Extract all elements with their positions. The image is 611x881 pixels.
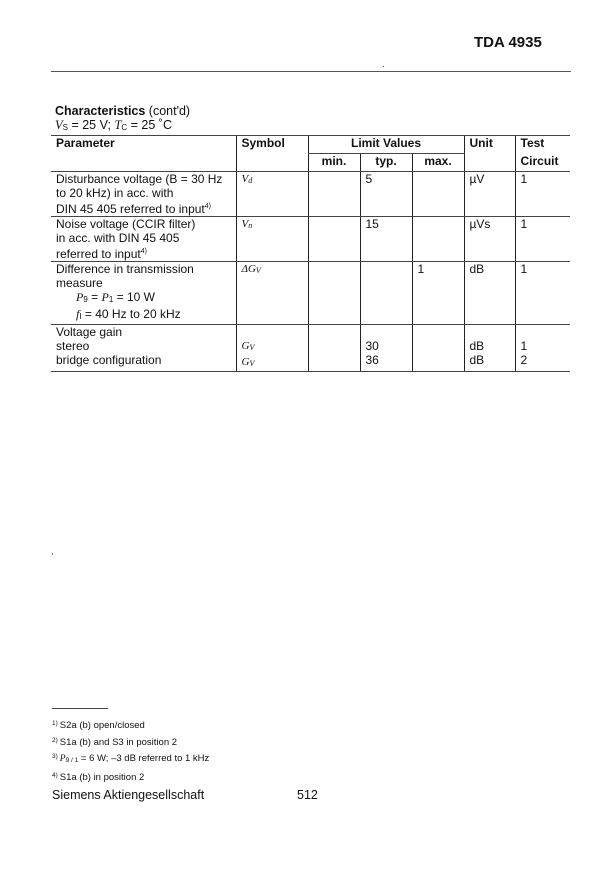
typ-cell: 5: [360, 172, 412, 217]
footnote-text: S2a (b) open/closed: [60, 720, 145, 731]
footnote-ref: 4): [205, 203, 211, 210]
header-limit-values: Limit Values: [308, 136, 464, 154]
symbol: ΔG: [242, 263, 256, 275]
header-rule: [51, 71, 571, 72]
section-title: Characteristics (cont'd): [55, 104, 190, 118]
characteristics-table: Parameter Symbol Limit Values Unit Test …: [51, 135, 570, 372]
footnote-text: S1a (b) and S3 in position 2: [60, 737, 177, 748]
symbol-sub: d: [248, 176, 252, 185]
min-cell: [308, 325, 360, 372]
scan-speck: [52, 553, 53, 555]
document-id: TDA 4935: [474, 34, 542, 51]
vs-symbol: V: [55, 118, 63, 132]
footnote-1: 1)S2a (b) open/closed: [52, 717, 209, 734]
symbol-sub: V: [249, 343, 254, 352]
test-value: 2: [521, 353, 528, 367]
symbol-cell: Vd: [236, 172, 308, 217]
test-cell: 1: [515, 172, 570, 217]
min-cell: [308, 262, 360, 325]
typ-value: 30: [366, 339, 379, 353]
frequency-value: = 40 Hz to 20 kHz: [82, 307, 181, 321]
table-row: Difference in transmission measure P9 = …: [51, 262, 570, 325]
footnote-2: 2)S1a (b) and S3 in position 2: [52, 734, 209, 751]
unit-cell: µV: [464, 172, 515, 217]
param-line: DIN 45 405 referred to input: [56, 202, 205, 216]
footer-company: Siemens Aktiengesellschaft: [52, 788, 204, 802]
header-typ: typ.: [360, 154, 412, 172]
param-line: Disturbance voltage (B = 30 Hz: [56, 172, 222, 186]
typ-cell: [360, 262, 412, 325]
test-cell: 1: [515, 262, 570, 325]
header-circuit: Circuit: [515, 154, 570, 172]
param-line: Difference in transmission: [56, 262, 194, 276]
header-unit: Unit: [464, 136, 515, 154]
unit-value: dB: [470, 339, 485, 353]
header-parameter: Parameter: [51, 136, 236, 154]
header-test: Test: [515, 136, 570, 154]
typ-cell: 15: [360, 217, 412, 262]
test-cell: 1: [515, 217, 570, 262]
unit-cell: µVs: [464, 217, 515, 262]
footnote-rule: [52, 708, 108, 709]
footnote-text: S1a (b) in position 2: [60, 772, 145, 783]
param-line: Noise voltage (CCIR filter): [56, 217, 195, 231]
scan-speck: [383, 66, 384, 67]
page-number: 512: [297, 788, 318, 802]
unit-value: dB: [470, 353, 485, 367]
footnote-text: = 6 W; –3 dB referred to 1 kHz: [78, 753, 209, 764]
footnote-mark: 1): [52, 720, 58, 727]
param-line: stereo: [56, 339, 89, 353]
footnotes: 1)S2a (b) open/closed 2)S1a (b) and S3 i…: [52, 717, 209, 785]
footnote-mark: 2): [52, 737, 58, 744]
symbol-sub: V: [249, 359, 254, 368]
table-row: Disturbance voltage (B = 30 Hz to 20 kHz…: [51, 172, 570, 217]
max-cell: [412, 172, 464, 217]
param-line: Voltage gain: [56, 325, 122, 339]
footnote-mark: 3): [52, 753, 58, 760]
param-condition-power: P9 = P1 = 10 W: [56, 290, 236, 307]
symbol-cell: ΔGV: [236, 262, 308, 325]
vs-value: = 25 V;: [68, 118, 114, 132]
param-cell: Voltage gain stereo bridge configuration: [51, 325, 236, 372]
test-value: 1: [521, 339, 528, 353]
param-condition-frequency: fI = 40 Hz to 20 kHz: [56, 307, 236, 324]
min-cell: [308, 172, 360, 217]
footnote-4: 4)S1a (b) in position 2: [52, 769, 209, 786]
header-symbol: Symbol: [236, 136, 308, 154]
param-line: measure: [56, 276, 103, 290]
equals: =: [88, 290, 102, 304]
test-cell: 12: [515, 325, 570, 372]
typ-cell: 3036: [360, 325, 412, 372]
param-line: to 20 kHz) in acc. with: [56, 186, 173, 200]
tc-value: = 25 ˚C: [127, 118, 172, 132]
min-cell: [308, 217, 360, 262]
param-line: referred to input: [56, 247, 141, 261]
test-conditions: VS = 25 V; TC = 25 ˚C: [55, 118, 172, 133]
typ-value: 36: [366, 353, 379, 367]
table-row: Noise voltage (CCIR filter) in acc. with…: [51, 217, 570, 262]
footnote-mark: 4): [52, 772, 58, 779]
param-line: bridge configuration: [56, 353, 161, 367]
max-cell: [412, 325, 464, 372]
symbol-cell: Vn: [236, 217, 308, 262]
symbol-sub: V: [256, 266, 261, 275]
p1-symbol: P: [101, 290, 108, 304]
param-cell: Difference in transmission measure P9 = …: [51, 262, 236, 325]
header-max: max.: [412, 154, 464, 172]
footnote-ref: 4): [141, 248, 147, 255]
section-title-suffix: (cont'd): [145, 104, 190, 118]
max-cell: [412, 217, 464, 262]
param-cell: Noise voltage (CCIR filter) in acc. with…: [51, 217, 236, 262]
symbol-cell: GVGV: [236, 325, 308, 372]
table-row: Voltage gain stereo bridge configuration…: [51, 325, 570, 372]
header-min: min.: [308, 154, 360, 172]
symbol-sub: n: [248, 221, 252, 230]
param-cell: Disturbance voltage (B = 30 Hz to 20 kHz…: [51, 172, 236, 217]
param-line: in acc. with DIN 45 405: [56, 231, 179, 245]
power-value: = 10 W: [113, 290, 155, 304]
unit-cell: dB: [464, 262, 515, 325]
footnote-symbol-sub: 9 / 1: [66, 757, 79, 764]
section-title-bold: Characteristics: [55, 104, 145, 118]
footnote-3: 3)P9 / 1 = 6 W; –3 dB referred to 1 kHz: [52, 750, 209, 769]
unit-cell: dBdB: [464, 325, 515, 372]
max-cell: 1: [412, 262, 464, 325]
